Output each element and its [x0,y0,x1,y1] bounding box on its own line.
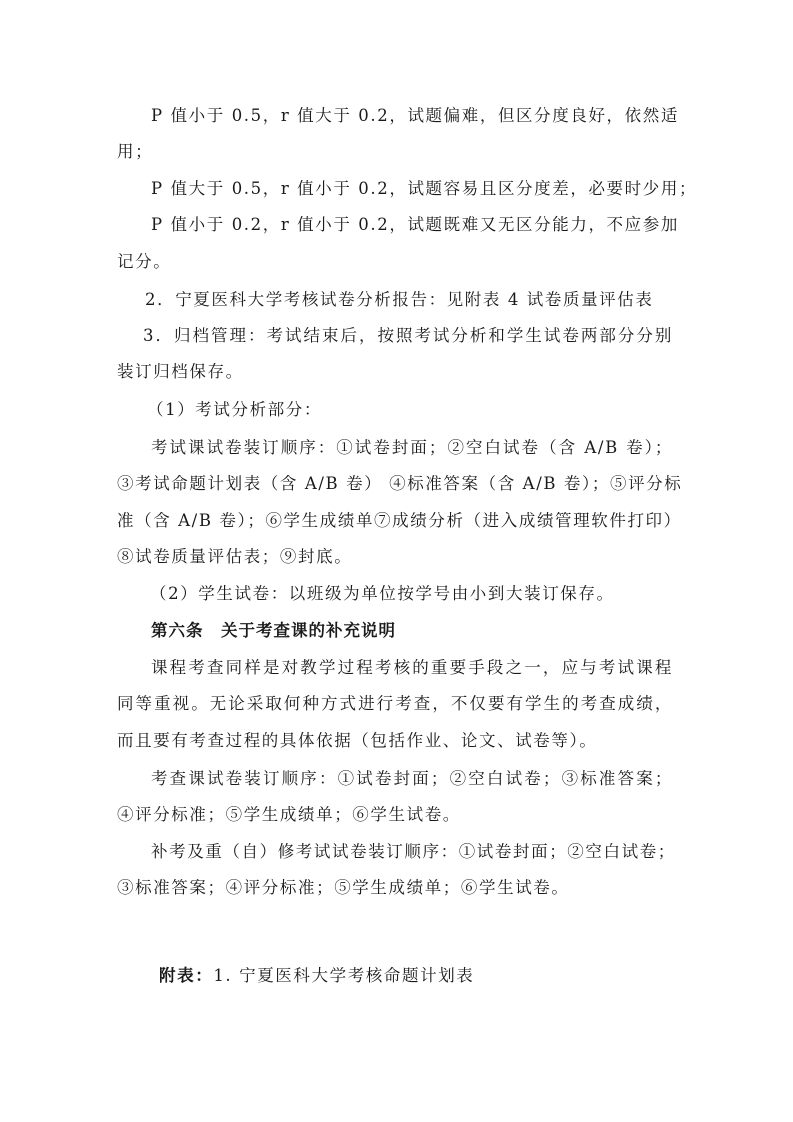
article-6-heading: 第六条 关于考查课的补充说明 [151,621,711,641]
appendix-item-1: 1. 宁夏医科大学考核命题计划表 [213,966,474,985]
appendix-line: 附表：1. 宁夏医科大学考核命题计划表 [159,966,719,986]
item-3-archive-line-1: 3．归档管理：考试结束后，按照考试分析和学生试卷两部分分别 [143,326,673,346]
criteria-line-3-cont: 记分。 [117,252,677,272]
article-6-paragraph-line-1: 课程考查同样是对教学过程考核的重要手段之一，应与考试课程 [151,658,673,678]
criteria-line-3: P 值小于 0.2，r 值小于 0.2，试题既难又无区分能力，不应参加 [151,215,673,235]
criteria-line-2: P 值大于 0.5，r 值小于 0.2，试题容易且区分度差，必要时少用； [151,179,673,199]
makeup-binding-order-line-2: ③标准答案；④评分标准；⑤学生成绩单；⑥学生试卷。 [117,878,677,898]
criteria-line-1-cont: 用； [117,142,677,162]
item-3-archive-line-2: 装订归档保存。 [117,362,677,382]
sub-2-student-papers: （2）学生试卷：以班级为单位按学号由小到大装订保存。 [150,584,710,604]
exam-binding-order-line-1: 考试课试卷装订顺序：①试卷封面；②空白试卷（含 A/B 卷）； [151,438,673,458]
article-6-paragraph-line-2: 同等重视。无论采取何种方式进行考查，不仅要有学生的考查成绩， [117,694,673,714]
item-2-analysis-report: 2．宁夏医科大学考核试卷分析报告：见附表 4 试卷质量评估表 [145,290,673,310]
appendix-label: 附表： [159,966,213,985]
sub-1-exam-analysis-title: （1）考试分析部分： [147,400,707,420]
makeup-binding-order-line-1: 补考及重（自）修考试试卷装订顺序：①试卷封面；②空白试卷； [151,842,673,862]
article-6-paragraph-line-3: 而且要有考查过程的具体依据（包括作业、论文、试卷等）。 [117,731,677,751]
check-binding-order-line-2: ④评分标准；⑤学生成绩单；⑥学生试卷。 [117,805,677,825]
exam-binding-order-line-2: ③考试命题计划表（含 A/B 卷） ④标准答案（含 A/B 卷）；⑤评分标 [117,474,673,494]
check-binding-order-line-1: 考查课试卷装订顺序：①试卷封面；②空白试卷；③标准答案； [151,769,673,789]
exam-binding-order-line-4: ⑧试卷质量评估表；⑨封底。 [117,547,677,567]
document-page: P 值小于 0.5，r 值大于 0.2，试题偏难，但区分度良好，依然适 用； P… [0,0,793,1122]
exam-binding-order-line-3: 准（含 A/B 卷）；⑥学生成绩单⑦成绩分析（进入成绩管理软件打印） [117,511,673,531]
criteria-line-1: P 值小于 0.5，r 值大于 0.2，试题偏难，但区分度良好，依然适 [151,106,673,126]
